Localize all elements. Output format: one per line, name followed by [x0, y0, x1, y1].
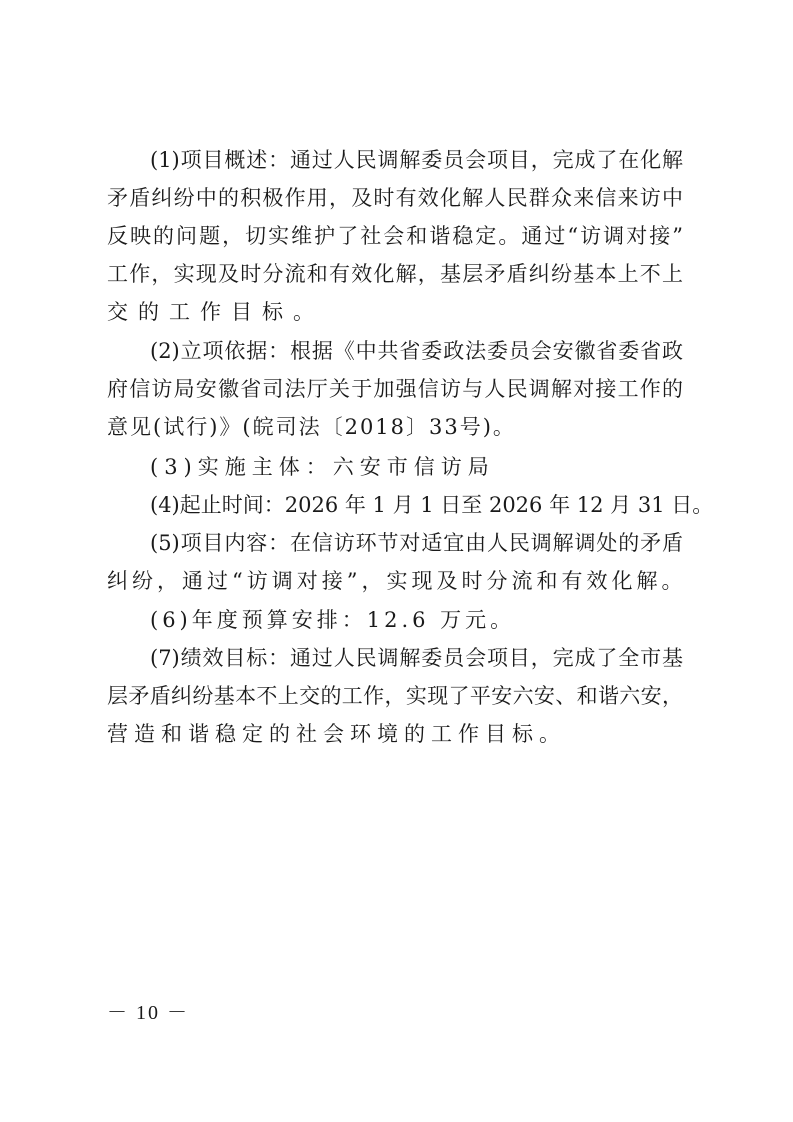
paragraph-3-line-1: (3)实施主体：六安市信访局 [150, 452, 683, 482]
paragraph-5-line-2: 纠纷，通过“访调对接”，实现及时分流和有效化解。 [107, 566, 683, 596]
paragraph-7-line-1: (7)绩效目标：通过人民调解委员会项目，完成了全市基 [150, 643, 683, 673]
paragraph-2-line-1: (2)立项依据：根据《中共省委政法委员会安徽省委省政 [150, 336, 683, 366]
paragraph-1-line-4: 工作，实现及时分流和有效化解，基层矛盾纠纷基本上不上 [107, 259, 683, 289]
paragraph-1-line-2: 矛盾纠纷中的积极作用，及时有效化解人民群众来信来访中 [107, 183, 683, 213]
paragraph-1-line-5: 交的工作目标。 [107, 297, 683, 327]
paragraph-1-line-3: 反映的问题，切实维护了社会和谐稳定。通过“访调对接” [107, 221, 683, 251]
paragraph-7-line-2: 层矛盾纠纷基本不上交的工作，实现了平安六安、和谐六安， [107, 681, 683, 711]
paragraph-5-line-1: (5)项目内容：在信访环节对适宜由人民调解调处的矛盾 [150, 528, 683, 558]
paragraph-6-line-1: (6)年度预算安排：12.6 万元。 [150, 605, 683, 635]
paragraph-2-line-2: 府信访局安徽省司法厅关于加强信访与人民调解对接工作的 [107, 374, 683, 404]
document-page: (1)项目概述：通过人民调解委员会项目，完成了在化解 矛盾纠纷中的积极作用，及时… [0, 0, 793, 1122]
page-number: － 10 － [107, 998, 189, 1028]
paragraph-1-line-1: (1)项目概述：通过人民调解委员会项目，完成了在化解 [150, 145, 683, 175]
paragraph-4-line-1: (4)起止时间：2026 年 1 月 1 日至 2026 年 12 月 31 日… [150, 490, 683, 520]
paragraph-7-line-3: 营造和谐稳定的社会环境的工作目标。 [107, 719, 683, 749]
paragraph-2-line-3: 意见(试行)》(皖司法〔2018〕33号)。 [107, 412, 683, 442]
